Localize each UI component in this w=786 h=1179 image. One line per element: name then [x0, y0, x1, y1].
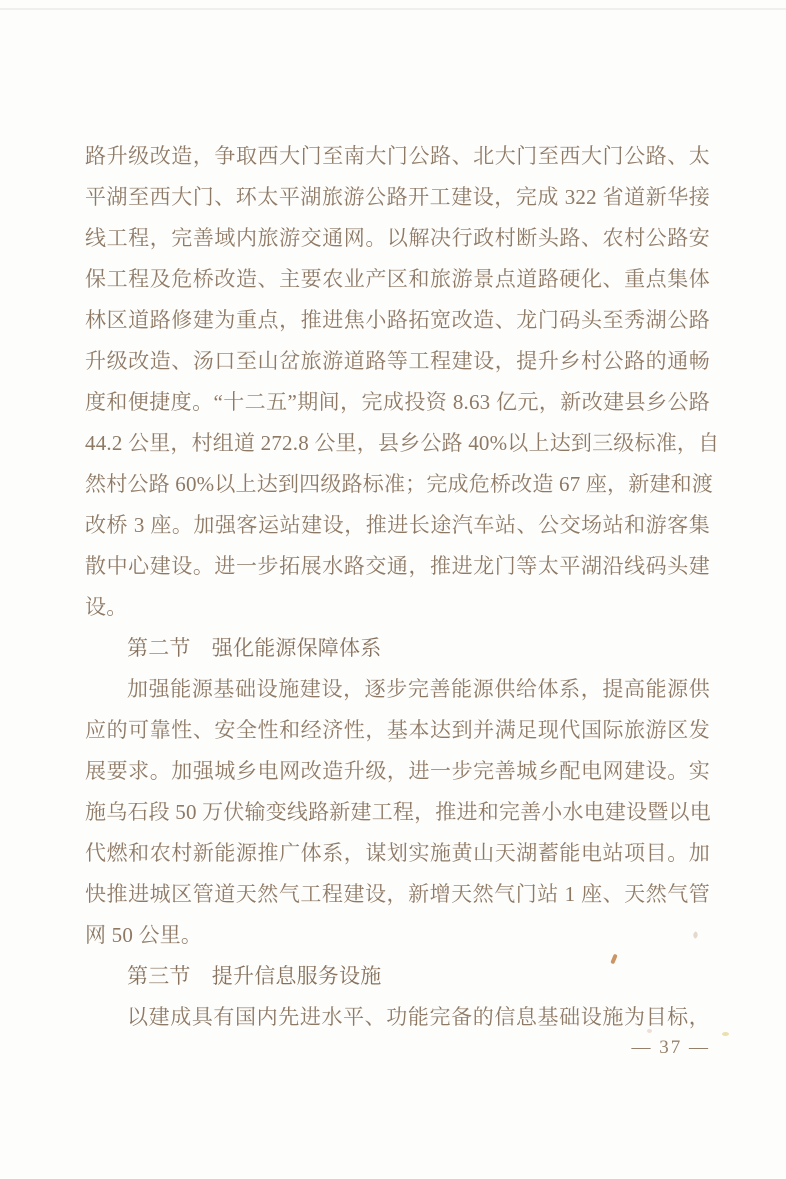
text-line: 加强能源基础设施建设，逐步完善能源供给体系，提高能源供 — [85, 669, 710, 710]
section-heading: 第二节 强化能源保障体系 — [85, 628, 710, 669]
text-line: 44.2 公里，村组道 272.8 公里，县乡公路 40%以上达到三级标准，自 — [85, 423, 710, 464]
text-line: 散中心建设。进一步拓展水路交通，推进龙门等太平湖沿线码头建 — [85, 546, 710, 587]
text-line: 平湖至西大门、环太平湖旅游公路开工建设，完成 322 省道新华接 — [85, 177, 710, 218]
text-line: 施乌石段 50 万伏输变线路新建工程，推进和完善小水电建设暨以电 — [85, 792, 710, 833]
text-line: 应的可靠性、安全性和经济性，基本达到并满足现代国际旅游区发 — [85, 710, 710, 751]
text-line: 展要求。加强城乡电网改造升级，进一步完善城乡配电网建设。实 — [85, 751, 710, 792]
ink-speck — [722, 1032, 729, 1036]
text-line: 改桥 3 座。加强客运站建设，推进长途汽车站、公交场站和游客集 — [85, 505, 710, 546]
text-line: 快推进城区管道天然气工程建设，新增天然气门站 1 座、天然气管 — [85, 874, 710, 915]
section-heading: 第三节 提升信息服务设施 — [85, 956, 710, 997]
text-line: 设。 — [85, 587, 710, 628]
text-line: 度和便捷度。“十二五”期间，完成投资 8.63 亿元，新改建县乡公路 — [85, 382, 710, 423]
text-line: 升级改造、汤口至山岔旅游道路等工程建设，提升乡村公路的通畅 — [85, 341, 710, 382]
scan-edge-line — [0, 8, 786, 10]
document-body: 路升级改造，争取西大门至南大门公路、北大门至西大门公路、太平湖至西大门、环太平湖… — [85, 136, 710, 1038]
page-number: — 37 — — [632, 1034, 711, 1062]
text-line: 网 50 公里。 — [85, 915, 710, 956]
text-line: 线工程，完善域内旅游交通网。以解决行政村断头路、农村公路安 — [85, 218, 710, 259]
text-line: 以建成具有国内先进水平、功能完备的信息基础设施为目标， — [85, 997, 710, 1038]
text-line: 保工程及危桥改造、主要农业产区和旅游景点道路硬化、重点集体 — [85, 259, 710, 300]
text-line: 林区道路修建为重点，推进焦小路拓宽改造、龙门码头至秀湖公路 — [85, 300, 710, 341]
ink-speck — [647, 1029, 652, 1033]
text-line: 然村公路 60%以上达到四级路标准；完成危桥改造 67 座，新建和渡 — [85, 464, 710, 505]
scanned-document-page: 路升级改造，争取西大门至南大门公路、北大门至西大门公路、太平湖至西大门、环太平湖… — [0, 0, 786, 1179]
text-line: 代燃和农村新能源推广体系，谋划实施黄山天湖蓄能电站项目。加 — [85, 833, 710, 874]
text-line: 路升级改造，争取西大门至南大门公路、北大门至西大门公路、太 — [85, 136, 710, 177]
